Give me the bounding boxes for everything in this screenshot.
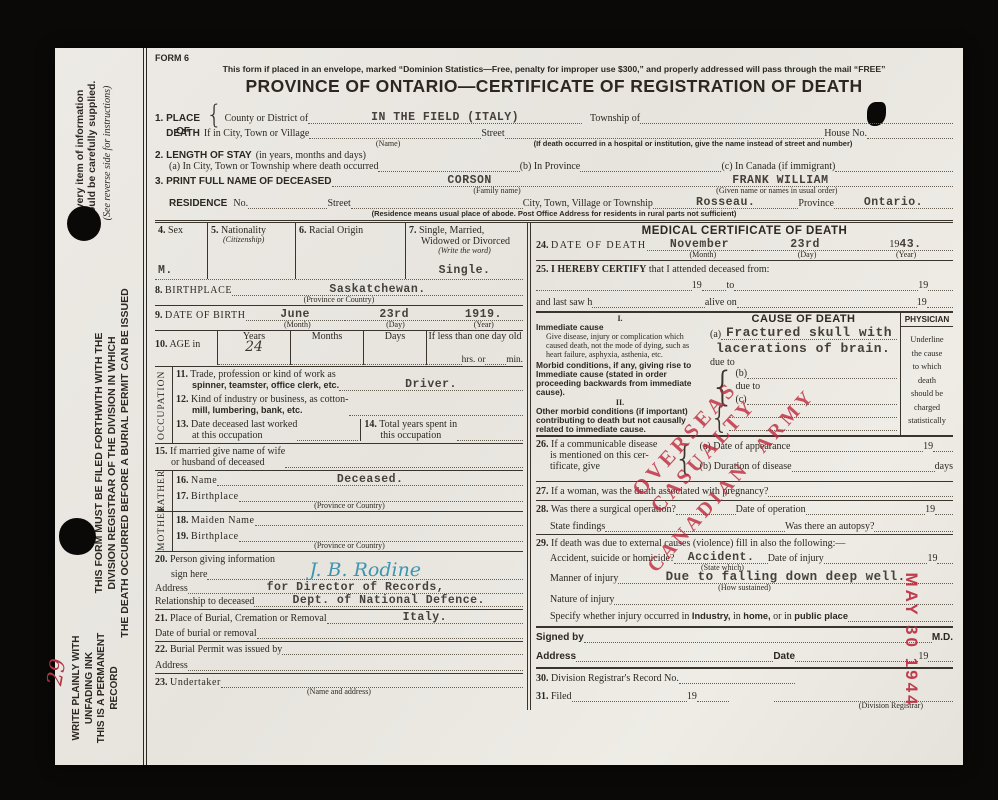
label-date-injury: Date of injury [768,553,824,564]
form-title: PROVINCE OF ONTARIO—CERTIFICATE OF REGIS… [155,76,953,97]
label-if-in-city: If in City, Town or Village [204,128,309,139]
label-permit-address: Address [155,660,188,671]
field-spouse: 15. If married give name of wife or husb… [155,446,523,468]
blank-stay-city [378,167,519,172]
blank-age-min [485,360,506,365]
personal-column: 4. Sex M. 5. Nationality (Citizenship) 6… [155,223,531,710]
label-length-sub: (in years, months and days) [256,150,366,161]
hint-how-sustained: (How sustained) [536,584,953,592]
label-res-province: Province [798,198,834,209]
blank-township [640,119,953,124]
hints-row-death: (Month) (Day) (Year) [536,251,953,259]
blank-age-months [291,342,363,365]
field-father-name: 16. Name Deceased. [176,474,523,486]
label-autopsy: Was there an autopsy? [785,521,874,532]
field-age: 10. AGE in Years 24 Months Days If le [155,331,523,365]
label-signed-date: Date [773,651,795,662]
hint-month: (Month) [248,321,346,329]
label-res-street: Street [327,198,350,209]
label-age-months: Months [291,331,363,342]
label-burial-date: Date of burial or removal [155,628,257,639]
margin-note-line: DIVISION REGISTRAR OF THE DIVISION IN WH… [106,283,119,643]
field-registrar-record: 30. Division Registrar's Record No. 31. … [536,667,953,710]
hint-mother-birthplace: (Province or Country) [176,542,523,550]
field-undertaker: 23. Undertaker (Name and address) [155,673,523,696]
field-place-row2: 1. DEATH If in City, Town or Village Str… [155,128,953,139]
field-racial-origin: 6. Racial Origin [295,223,405,279]
form-columns: 4. Sex M. 5. Nationality (Citizenship) 6… [155,220,953,710]
label-street: Street [481,128,504,139]
field-burial-permit: 22. Burial Permit was issued by Address [155,641,523,671]
cause-of-death-title: CAUSE OF DEATH [710,313,897,325]
label-morbid-conditions: Morbid conditions, if any, giving rise t… [536,361,704,397]
blank-permit-by [282,650,523,655]
value-place-of-death: IN THE FIELD (ITALY) [308,112,582,124]
registration-form: FORM 6 This form if placed in an envelop… [143,48,963,765]
blank-autopsy [874,527,953,532]
value-marital-status: Single. [409,264,520,277]
physician-column: PHYSICIAN Underlinethe causeto which dea… [900,313,953,435]
field-date-of-death: 24. DATE OF DEATH November 23rd 1943. [536,239,953,251]
value-cause-a: Fractured skull with [721,327,897,340]
value-informant-address: for Director of Records, [188,582,523,594]
field-length-of-stay-values: (a) In City, Town or Township where deat… [155,161,953,172]
blank-permit-address [188,666,523,671]
margin-note-line: THIS IS A PERMANENT [96,622,109,754]
field-burial-place: 21. Place of Burial, Cremation or Remova… [155,609,523,639]
blank-date-appearance [790,447,923,452]
hint-name: (Name) [343,140,433,148]
label-immediate-cause: Immediate cause [536,323,704,332]
field-industry: 12. Kind of industry or business, as cot… [176,394,523,416]
field-mother-maiden: 18. Maiden Name [176,515,523,526]
hint-division-registrar: (Division Registrar) [536,702,923,710]
blank-burial-date [257,634,523,639]
field-length-of-stay: 2. LENGTH OF STAY (in years, months and … [155,150,953,161]
left-instruction-margin: Every item of information should be care… [55,48,143,765]
handwritten-page-number: 29 [42,657,70,687]
occupation-block: OCCUPATION 11. Trade, profession or kind… [155,366,523,444]
blank-yr [702,286,727,291]
margin-note-filing: THIS FORM MUST BE FILED FORTHWITH WITH T… [93,283,137,643]
value-birthplace: Saskatchewan. [232,284,523,296]
field-last-worked: 13. Date deceased last worked at this oc… [176,419,361,441]
value-trade: Driver. [339,379,523,391]
value-informant-signature: J. B. Rodine [207,565,523,580]
label-nature-injury: Nature of injury [550,594,614,605]
field-sex: 4. Sex M. [155,223,207,279]
blank-stay-province [580,167,721,172]
form-number: FORM 6 [155,53,953,63]
mother-block: MOTHER 18. Maiden Name 19. Birthplace (P… [155,511,523,551]
hint-death-year: (Year) [859,251,953,259]
margin-note-line: THIS FORM MUST BE FILED FORTHWITH WITH T… [93,283,106,643]
blank-last-saw [592,303,704,308]
hint-death-day: (Day) [755,251,859,259]
field-trade: 11. Trade, profession or kind of work as… [176,369,523,391]
blank-yr [697,697,729,702]
blank-date-injury [824,559,928,564]
hint-hospital: (If death occurred in a hospital or inst… [433,139,953,148]
blank-signed-address [576,657,773,662]
field-date-of-birth: 9. DATE OF BIRTH June 23rd 1919. [155,309,523,321]
certificate-paper: Every item of information should be care… [55,48,963,765]
label-operation-date: Date of operation [736,504,806,515]
label-house-no: House No. [824,128,867,139]
margin-note-ink: WRITE PLAINLY WITH UNFADING INK THIS IS … [71,622,129,754]
blank-undertaker [221,683,523,688]
label-age-less-day: If less than one day old [427,331,523,342]
label-physician: PHYSICIAN [901,313,953,327]
value-father-name: Deceased. [217,474,523,486]
value-relationship: Dept. of National Defence. [254,595,523,607]
photo-of-certificate: { "colors":{"paper":"#e9e6e0","ink":"#2c… [0,0,998,800]
blank-duration [792,467,935,472]
punch-hole [67,206,101,241]
field-attended: 25. I HEREBY CERTIFY that I attended dec… [536,260,953,308]
blank-yr [937,559,953,564]
value-res-city: Rosseau. [653,197,799,209]
blank-alive-on [737,303,917,308]
hint-birthplace: (Province or Country) [155,296,523,304]
label-township: Township of [590,113,640,124]
hint-death-month: (Month) [651,251,755,259]
hint-residence: (Residence means usual place of abode. P… [155,209,953,218]
label-signed-by: Signed by [536,632,584,643]
label-last-saw: and last saw h [536,297,592,308]
blank-yr [927,303,953,308]
value-burial-place: Italy. [327,612,523,624]
margin-note-line: UNFADING INK [84,622,97,754]
blank-stay-canada [835,167,953,172]
hints-row-birth: (Month) (Day) (Year) [155,321,523,329]
hint-father-birthplace: (Province or Country) [176,502,523,510]
blank-age-hrs [427,360,462,365]
field-informant: 20. Person giving information sign here … [155,551,523,607]
blank-attended-to [734,286,918,291]
label-county-or-district: County or District of [225,113,309,124]
margin-note-reverse: (See reverse side for instructions) [102,53,113,253]
blank-filed [572,697,687,702]
label-stay-province: (b) In Province [520,161,581,172]
blank-yr [928,657,953,662]
label-relationship: Relationship to deceased [155,596,254,607]
mail-notice: This form if placed in an envelope, mark… [155,64,953,74]
blank-age-days [364,342,426,365]
medical-certificate-title: MEDICAL CERTIFICATE OF DEATH [536,225,953,237]
value-res-province: Ontario. [834,197,953,209]
blank-record-no [679,679,795,684]
field-signed-by: Signed by M.D. Address Date 19 [536,626,953,667]
note-immediate-cause: Give disease, injury or complication whi… [546,332,704,359]
blank-years-spent [457,436,523,441]
blank-yr [933,447,953,452]
hint-undertaker: (Name and address) [155,688,523,696]
blank-last-worked [297,436,358,441]
hint-day: (Day) [346,321,444,329]
label-signed-address: Address [536,651,576,662]
label-occupation-vertical: OCCUPATION [155,367,173,443]
field-place-of-death-county: 1. PLACE { County or District of IN THE … [155,100,953,124]
margin-note-line: THE DEATH OCCURRED BEFORE A BURIAL PERMI… [119,283,132,643]
cause-definitions: I. Immediate cause Give disease, injury … [536,313,707,435]
label-informant-address: Address [155,583,188,594]
hints-row-name: (Family name) (Given name or names in us… [155,187,953,195]
label-sign-here: sign here [171,569,207,580]
father-block: FATHER 16. Name Deceased. 17. Birthplace… [155,470,523,511]
blank-mother-maiden [255,521,523,526]
hint-year: (Year) [445,321,524,329]
label-md: M.D. [932,632,953,643]
blank-pregnancy [768,492,953,497]
field-years-spent: 14. Total years spent in this occupation [361,419,523,441]
label-res-no: No. [233,198,248,209]
blank-signed-by [584,638,932,643]
field-nationality: 5. Nationality (Citizenship) [207,223,295,279]
blank-industry [349,411,524,416]
row-sex-nationality: 4. Sex M. 5. Nationality (Citizenship) 6… [155,223,523,280]
blank-yr [928,286,953,291]
label-stay-city: (a) In City, Town or Township where deat… [169,161,378,172]
label-mother-vertical: MOTHER [155,512,173,551]
field-residence: RESIDENCE No. Street City, Town, Village… [155,197,953,209]
label-stay-canada: (c) In Canada (if immigrant) [721,161,835,172]
value-sex: M. [158,264,204,277]
value-family-name: CORSON [332,175,608,187]
field-marital-status: 7. Single, Married, Widowed or Divorced … [405,223,523,279]
value-age-years: 24 [218,342,290,365]
blank-spouse [285,463,523,468]
blank-res-no [248,204,327,209]
label-alive-on: alive on [705,297,737,308]
label-res-city: City, Town, Village or Township [523,198,653,209]
margin-note-line: RECORD [109,622,122,754]
blank-yr [935,510,953,515]
blank-operation-date [806,510,925,515]
hints-row-place: (Name) (If death occurred in a hospital … [155,139,953,148]
label-age-days: Days [364,331,426,342]
blank-attended-from [536,286,692,291]
date-received-stamp: MAY 30 1944 [899,565,921,715]
hint-given-name: (Given name or names in usual order) [601,187,953,195]
hint-family-name: (Family name) [393,187,600,195]
margin-note-line: WRITE PLAINLY WITH [71,622,84,754]
punch-hole [59,518,96,555]
